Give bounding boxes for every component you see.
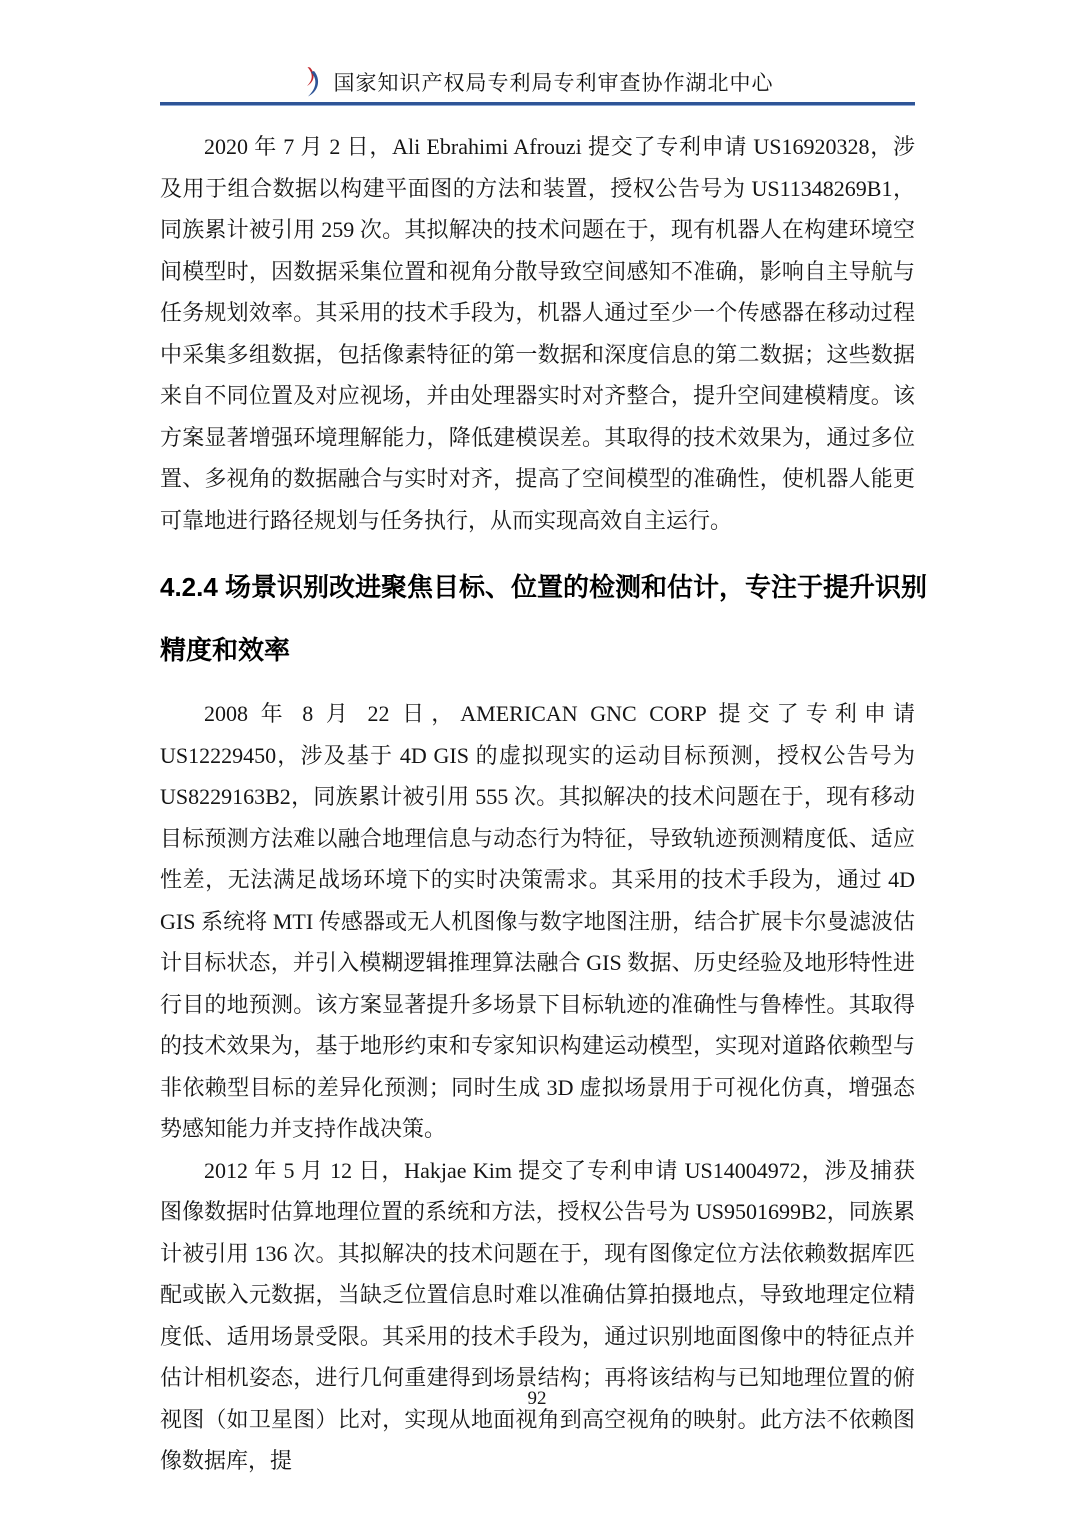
paragraph-patent-us12229450: 2008 年 8 月 22 日，AMERICAN GNC CORP 提交了专利申… bbox=[160, 693, 915, 1150]
header-inner: 国家知识产权局专利局专利审查协作湖北中心 bbox=[160, 0, 915, 98]
paragraph-patent-us16920328: 2020 年 7 月 2 日，Ali Ebrahimi Afrouzi 提交了专… bbox=[160, 126, 915, 541]
page-header: 国家知识产权局专利局专利审查协作湖北中心 bbox=[160, 0, 915, 106]
header-center-name: 国家知识产权局专利局专利审查协作湖北中心 bbox=[334, 67, 774, 97]
cnipa-logo-icon bbox=[302, 67, 322, 97]
page-number: 92 bbox=[528, 1388, 547, 1409]
section-heading-4-2-4: 4.2.4 场景识别改进聚焦目标、位置的检测和估计，专注于提升识别精度和效率 bbox=[160, 556, 940, 682]
document-page: 国家知识产权局专利局专利审查协作湖北中心 2020 年 7 月 2 日，Ali … bbox=[0, 0, 1074, 1520]
page-footer: 92 bbox=[0, 1388, 1074, 1410]
document-body: 2020 年 7 月 2 日，Ali Ebrahimi Afrouzi 提交了专… bbox=[160, 126, 915, 1482]
paragraph-patent-us14004972: 2012 年 5 月 12 日，Hakjae Kim 提交了专利申请 US140… bbox=[160, 1150, 915, 1482]
header-divider bbox=[160, 102, 915, 106]
